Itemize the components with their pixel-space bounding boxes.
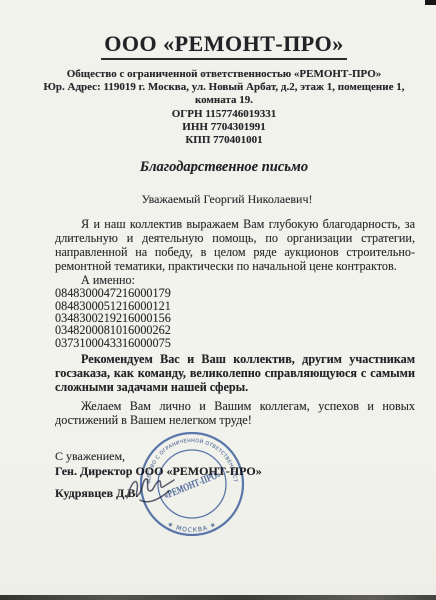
letter-body: Я и наш коллектив выражаем Вам глубокую … xyxy=(55,217,415,427)
scan-corner-artifact xyxy=(425,0,436,5)
company-kpp: КПП 770401001 xyxy=(12,134,436,147)
svg-text:ОБЩЕСТВО С ОГРАНИЧЕННОЙ ОТВЕТС: ОБЩЕСТВО С ОГРАНИЧЕННОЙ ОТВЕТСТВЕННОСТЬЮ xyxy=(137,429,238,484)
paragraph-thanks: Я и наш коллектив выражаем Вам глубокую … xyxy=(55,217,415,273)
company-ogrn: ОГРН 1157746019331 xyxy=(12,108,436,121)
contract-numbers-list: 0848300047216000179 0848300051216000121 … xyxy=(55,287,415,349)
greeting-line: Уважаемый Георгий Николаевич! xyxy=(0,192,436,207)
company-round-stamp: ОБЩЕСТВО С ОГРАНИЧЕННОЙ ОТВЕТСТВЕННОСТЬЮ… xyxy=(137,429,247,539)
company-address-line1: Юр. Адрес: 119019 г. Москва, ул. Новый А… xyxy=(12,81,436,94)
contract-number: 0348200081016000262 xyxy=(55,324,415,336)
paragraph-recommendation: Рекомендуем Вас и Ваш коллектив, другим … xyxy=(55,352,415,394)
stamp-center-text: «РЕМОНТ-ПРО» xyxy=(163,469,223,502)
scanned-letter-page: ООО «РЕМОНТ-ПРО» Общество с ограниченной… xyxy=(0,0,436,600)
scan-edge-shadow xyxy=(0,595,436,600)
stamp-ring-text-top: ОБЩЕСТВО С ОГРАНИЧЕННОЙ ОТВЕТСТВЕННОСТЬЮ xyxy=(137,429,238,484)
letter-title: Благодарственное письмо xyxy=(0,159,436,176)
paragraph-wishes: Желаем Вам лично и Вашим коллегам, успех… xyxy=(55,399,415,427)
company-address-line2: комната 19. xyxy=(12,94,436,107)
list-intro: А именно: xyxy=(55,273,415,287)
company-inn: ИНН 7704301991 xyxy=(12,121,436,134)
company-details: Общество с ограниченной ответственностью… xyxy=(0,68,436,147)
contract-number: 0373100043316000075 xyxy=(55,337,415,349)
company-name-heading: ООО «РЕМОНТ-ПРО» xyxy=(101,31,346,60)
letterhead: ООО «РЕМОНТ-ПРО» Общество с ограниченной… xyxy=(0,0,436,147)
contract-number: 0848300047216000179 xyxy=(55,287,415,299)
company-full-name: Общество с ограниченной ответственностью… xyxy=(12,68,436,81)
